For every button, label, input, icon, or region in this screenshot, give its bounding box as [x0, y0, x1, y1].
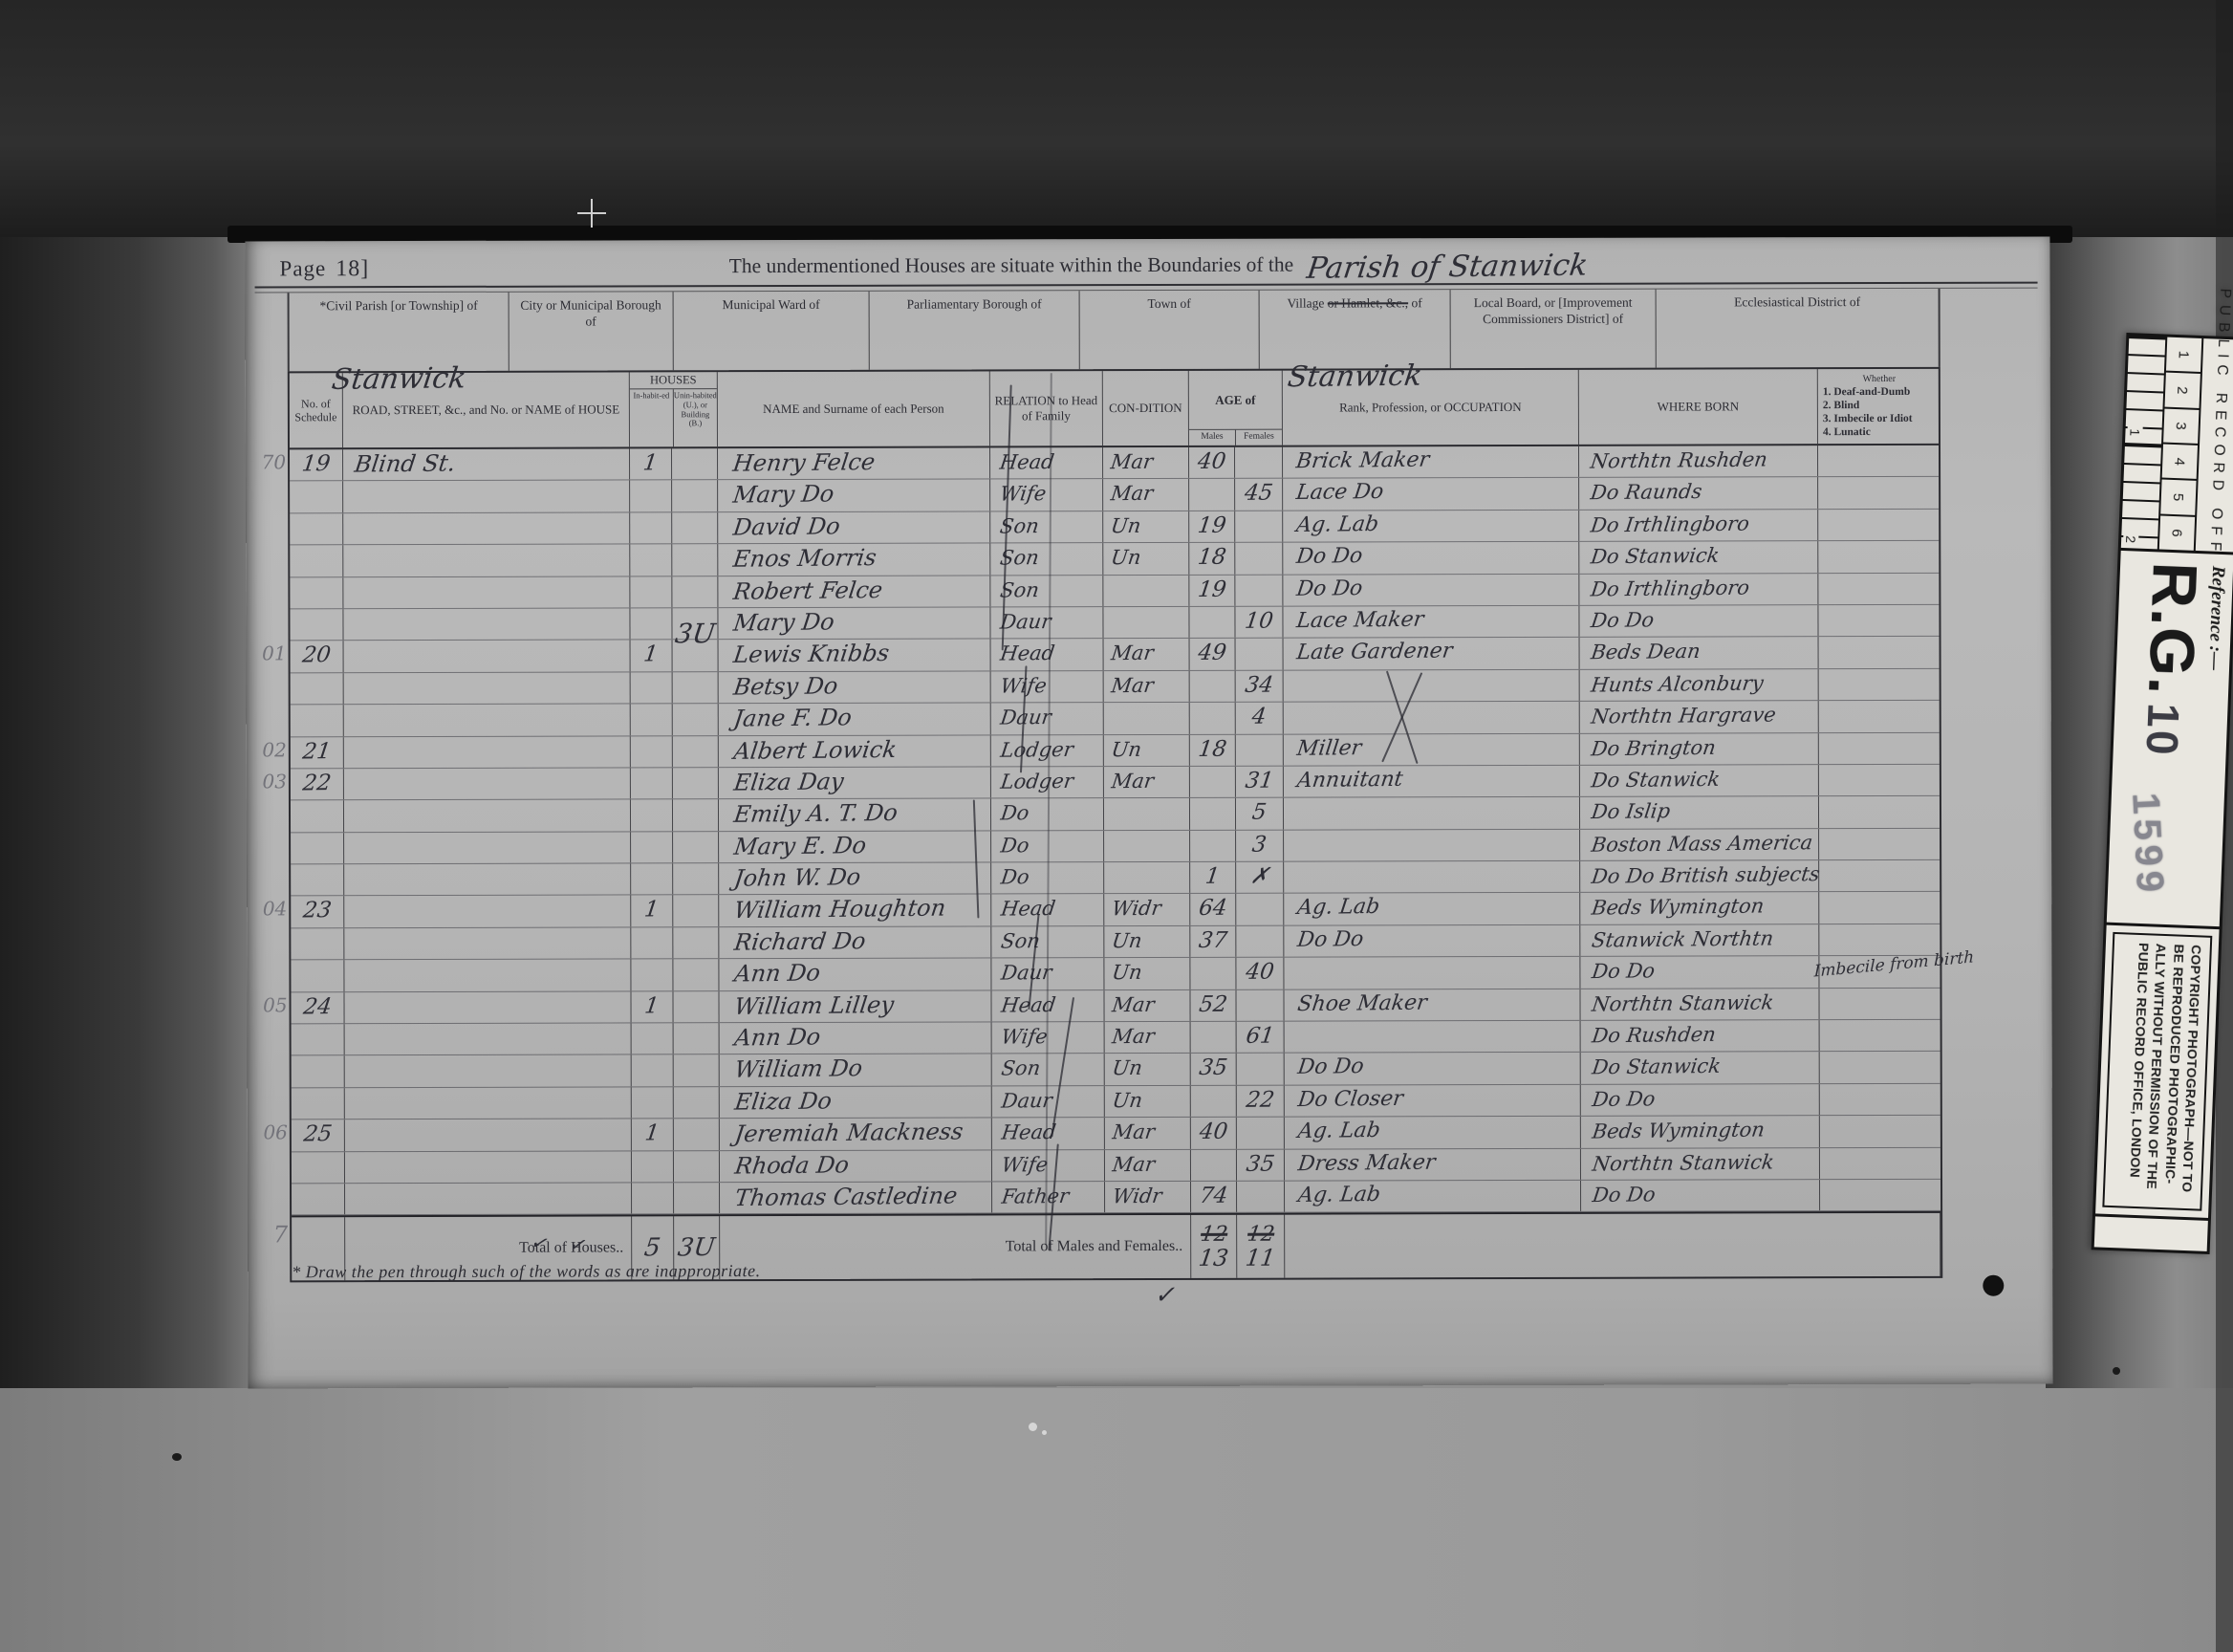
cell-condition: Mar	[1105, 1149, 1191, 1181]
registration-cross-mark	[577, 199, 606, 228]
cell-condition: Mar	[1104, 990, 1190, 1022]
cell-occupation: Do Do	[1285, 1053, 1581, 1084]
table-row: Betsy Do Wife Mar 34 Hunts Alconbury	[291, 669, 1940, 706]
cell-houses-uninhabited	[673, 799, 719, 831]
cell-age-male: 18	[1189, 543, 1235, 575]
table-row: John W. Do Do 1 ✗ Do Do British subjects	[291, 860, 1940, 897]
cell-houses-uninhabited	[673, 863, 719, 895]
copyright-notice-box: COPYRIGHT PHOTOGRAPH—NOT TO BE REPRODUCE…	[2102, 932, 2212, 1211]
cell-age-male	[1191, 1022, 1237, 1054]
cell-where-born: Northtn Rushden	[1579, 446, 1818, 477]
cell-age-male	[1190, 703, 1236, 734]
cell-age-female	[1237, 1182, 1285, 1213]
cell-houses-inhabited	[631, 768, 673, 799]
reference-piece-stamp: 1599	[2123, 792, 2171, 898]
form-footnote: * Draw the pen through such of the words…	[292, 1261, 760, 1282]
cell-houses-inhabited	[632, 1151, 674, 1183]
cell-age-male	[1190, 798, 1236, 830]
header-males: Males	[1189, 430, 1236, 446]
cell-where-born: Do Stanwick	[1580, 765, 1819, 796]
cell-condition	[1104, 862, 1190, 894]
pro-ruler-section: PUBLIC RECORD OFFICE 123456 1 2	[2118, 333, 2233, 555]
cell-houses-uninhabited	[672, 576, 718, 608]
cell-houses-uninhabited	[674, 1183, 720, 1214]
cell-relation: Son	[992, 1054, 1105, 1086]
geo-header-column: *Civil Parish [or Township] of Stanwick	[290, 293, 509, 372]
cell-road-street	[344, 991, 631, 1023]
cell-condition	[1104, 831, 1190, 862]
cell-person-name: Mary Do	[718, 607, 990, 639]
boundary-statement: The undermentioned Houses are situate wi…	[656, 250, 1659, 287]
table-header-row: No. ofSchedule ROAD, STREET, &c., and No…	[290, 369, 1939, 450]
totals-females: 12 11	[1237, 1215, 1285, 1278]
film-bottom-band	[0, 1388, 2233, 1652]
cell-occupation	[1284, 830, 1580, 861]
cell-where-born: Do Islip	[1580, 796, 1819, 828]
cell-age-male	[1190, 767, 1236, 798]
males-total-corrected: 13	[1198, 1247, 1230, 1271]
cell-where-born: Do Do	[1581, 1084, 1820, 1116]
cell-road-street	[344, 705, 631, 736]
cell-infirmity	[1819, 924, 1940, 956]
cell-infirmity	[1818, 605, 1939, 637]
cell-infirmity	[1820, 1180, 1940, 1211]
cell-where-born: Do Do	[1581, 1180, 1820, 1211]
cell-age-male: 64	[1190, 894, 1236, 925]
cell-where-born: Do Do British subjects	[1580, 860, 1819, 892]
cell-person-name: Richard Do	[719, 926, 991, 958]
cell-occupation: Do Closer	[1285, 1085, 1581, 1117]
cell-person-name: Thomas Castledine	[720, 1182, 992, 1213]
cell-condition: Un	[1104, 734, 1190, 766]
header-inhabited: In-habit-ed	[630, 389, 674, 446]
cell-age-male: 35	[1191, 1054, 1237, 1085]
cell-infirmity	[1819, 765, 1940, 796]
cell-schedule-no	[291, 833, 344, 864]
cell-condition: Mar	[1104, 767, 1190, 798]
header-houses-group: HOUSES In-habit-ed Unin-habited (U.), or…	[630, 372, 718, 446]
cell-road-street	[344, 960, 631, 991]
cell-houses-uninhabited	[673, 959, 719, 990]
film-top-band	[0, 0, 2233, 241]
cell-occupation: Late Gardener	[1284, 638, 1580, 669]
cell-relation: Head	[991, 639, 1104, 670]
cell-road-street	[344, 832, 631, 863]
cell-age-female: 31	[1236, 767, 1284, 798]
cell-where-born: Do Rushden	[1581, 1020, 1820, 1052]
cell-houses-inhabited	[632, 1055, 674, 1087]
hole-punch-mark	[1983, 1275, 2004, 1296]
cell-occupation	[1284, 797, 1580, 829]
cell-where-born: Do Irthlingboro	[1579, 510, 1818, 541]
cell-condition: Un	[1104, 958, 1190, 989]
cell-age-male: 37	[1190, 926, 1236, 958]
cell-road-street	[344, 927, 631, 959]
table-row: 05 24 1 William Lilley Head Mar 52 Shoe …	[291, 988, 1940, 1024]
cell-age-female: 10	[1235, 607, 1283, 639]
table-row: Mary Do Wife Mar 45 Lace Do Do Raunds	[290, 477, 1939, 513]
cell-age-male: 19	[1189, 511, 1235, 543]
cell-road-street	[344, 800, 631, 832]
cell-houses-uninhabited	[674, 1055, 720, 1087]
cell-schedule-no	[290, 545, 343, 576]
cell-occupation: Lace Maker	[1283, 606, 1579, 638]
cell-infirmity	[1819, 988, 1940, 1019]
geo-column-value: Stanwick	[1257, 359, 1452, 394]
cell-infirmity	[1819, 860, 1940, 892]
cell-relation: Wife	[991, 671, 1104, 703]
females-total-struck: 12	[1246, 1223, 1275, 1247]
table-row: Rhoda Do Wife Mar 35 Dress Maker Northtn…	[292, 1147, 1940, 1184]
cell-schedule-no	[291, 673, 344, 705]
cell-infirmity	[1820, 1020, 1940, 1052]
header-where-born: WHERE BORN	[1579, 369, 1818, 445]
cell-road-street	[345, 1023, 632, 1054]
cell-houses-inhabited	[630, 544, 672, 576]
females-total-corrected: 11	[1245, 1247, 1277, 1271]
cell-person-name: David Do	[718, 511, 990, 543]
table-row: Emily A. T. Do Do 5 Do Islip	[291, 796, 1940, 833]
cell-houses-uninhabited	[674, 1119, 720, 1150]
cell-age-female	[1236, 734, 1284, 766]
cell-infirmity	[1818, 510, 1939, 541]
totals-males-females-label: Total of Males and Females..	[720, 1215, 1191, 1279]
table-row: 01 20 1 Lewis Knibbs Head Mar 49 Late Ga…	[291, 637, 1940, 673]
cell-person-name: Jeremiah Mackness	[720, 1119, 992, 1150]
margin-annotation: 04	[250, 898, 287, 921]
cell-age-female: 35	[1237, 1149, 1285, 1181]
cell-occupation: Do Do	[1283, 542, 1579, 574]
cell-houses-uninhabited	[673, 896, 719, 927]
margin-annotation: 05	[250, 993, 287, 1016]
cell-houses-inhabited: 1	[631, 991, 673, 1023]
census-table: No. ofSchedule ROAD, STREET, &c., and No…	[288, 367, 1942, 1283]
cell-infirmity	[1818, 477, 1939, 509]
cell-where-born: Do Do	[1579, 605, 1818, 637]
cell-condition: Mar	[1103, 479, 1189, 511]
cell-houses-inhabited: 1	[631, 896, 673, 927]
cell-schedule-no	[290, 513, 343, 545]
cell-condition	[1103, 575, 1189, 606]
cell-age-male: 40	[1189, 447, 1235, 479]
cell-schedule-no: 23	[291, 897, 344, 928]
cell-road-street	[344, 641, 631, 672]
cell-road-street	[344, 863, 631, 895]
table-row: David Do Son Un 19 Ag. Lab Do Irthlingbo…	[290, 510, 1939, 546]
cell-houses-inhabited: 1	[631, 641, 673, 672]
cell-age-female: 45	[1235, 479, 1283, 511]
cell-where-born: Northtn Stanwick	[1580, 989, 1819, 1020]
cell-condition: Un	[1105, 1086, 1191, 1118]
cell-schedule-no	[291, 960, 344, 991]
table-row: Enos Morris Son Un 18 Do Do Do Stanwick	[290, 541, 1939, 577]
cell-houses-uninhabited	[674, 1087, 720, 1119]
cell-where-born: Do Stanwick	[1581, 1053, 1820, 1084]
cell-road-street	[343, 545, 630, 576]
cell-person-name: Jane F. Do	[719, 704, 991, 735]
cell-houses-inhabited	[631, 672, 673, 704]
cell-relation: Father	[992, 1182, 1105, 1213]
table-row: Thomas Castledine Father Widr 74 Ag. Lab…	[292, 1180, 1940, 1216]
cell-age-male	[1190, 670, 1236, 702]
header-infirmity: Whether 1. Deaf-and-Dumb 2. Blind 3. Imb…	[1818, 369, 1939, 444]
cell-infirmity	[1818, 573, 1939, 604]
cell-age-female	[1235, 511, 1283, 542]
table-row: 03 22 Eliza Day Lodger Mar 31 Annuitant …	[291, 765, 1940, 801]
cell-age-female: 61	[1237, 1022, 1285, 1054]
cell-infirmity	[1820, 1116, 1940, 1147]
cell-age-female: 40	[1236, 958, 1284, 989]
cell-schedule-no	[292, 1184, 345, 1215]
cell-where-born: Do Do	[1580, 956, 1819, 988]
cell-infirmity	[1818, 541, 1939, 573]
cell-relation: Wife	[992, 1022, 1105, 1054]
cell-infirmity	[1819, 637, 1940, 668]
cell-occupation: Do Do	[1284, 925, 1580, 957]
geo-column-label: Town of	[1080, 291, 1259, 313]
cell-road-street	[343, 608, 630, 640]
cell-occupation	[1284, 702, 1580, 733]
cell-condition: Mar	[1103, 447, 1189, 479]
cell-relation: Daur	[992, 1086, 1105, 1118]
cell-occupation: Brick Maker	[1283, 446, 1579, 478]
cell-person-name: Mary E. Do	[719, 831, 991, 862]
cell-person-name: Mary Do	[718, 480, 990, 511]
cell-person-name: Emily A. T. Do	[719, 799, 991, 831]
cell-person-name: Betsy Do	[719, 671, 991, 703]
cell-schedule-no	[291, 801, 344, 833]
cell-schedule-no	[290, 482, 343, 513]
table-row: Mary E. Do Do 3 Boston Mass America	[291, 829, 1940, 865]
cell-road-street	[343, 481, 630, 512]
cell-age-female	[1237, 1054, 1285, 1085]
cell-houses-inhabited	[631, 704, 673, 735]
cell-road-street	[345, 1119, 632, 1151]
geo-column-label: Village or Hamlet, &c., of	[1260, 290, 1450, 312]
check-mark: ✓	[568, 1232, 587, 1257]
cell-occupation	[1285, 1021, 1581, 1053]
cell-road-street	[345, 1055, 632, 1087]
cell-condition	[1103, 607, 1189, 639]
cell-schedule-no: 21	[291, 737, 344, 769]
cell-condition	[1104, 703, 1190, 734]
cell-age-female: 22	[1237, 1085, 1285, 1117]
cell-houses-uninhabited	[674, 1151, 720, 1183]
cell-occupation: Annuitant	[1284, 766, 1580, 797]
table-row: 02 21 Albert Lowick Lodger Un 18 Miller …	[291, 732, 1940, 769]
cell-road-street	[344, 736, 631, 768]
cell-occupation: Shoe Maker	[1284, 989, 1580, 1020]
census-page-sheet: Page18] The undermentioned Houses are si…	[245, 237, 2052, 1389]
margin-annotation: 06	[251, 1121, 288, 1144]
cell-houses-inhabited	[631, 960, 673, 991]
cell-occupation	[1284, 861, 1580, 893]
cell-relation: Head	[992, 1118, 1105, 1149]
header-uninhabited: Unin-habited (U.), or Building (B.)	[674, 389, 717, 446]
cell-age-female	[1235, 575, 1283, 606]
geo-header-column: Municipal Ward of	[674, 292, 870, 371]
cell-where-born: Beds Wymington	[1580, 893, 1819, 924]
cell-age-male: 1	[1190, 862, 1236, 894]
table-row: 3U Mary Do Daur 10 Lace Maker Do Do	[290, 605, 1939, 641]
cell-schedule-no	[290, 609, 343, 641]
cell-person-name: Henry Felce	[718, 447, 990, 479]
cell-houses-inhabited	[630, 481, 672, 512]
cell-occupation: Ag. Lab	[1285, 1117, 1581, 1148]
cell-occupation: Do Do	[1283, 574, 1579, 605]
cell-age-male	[1190, 958, 1236, 989]
cell-age-male: 74	[1191, 1182, 1237, 1213]
cell-person-name: William Houghton	[719, 895, 991, 926]
cell-houses-uninhabited	[673, 927, 719, 959]
cell-relation: Son	[990, 543, 1103, 575]
cell-occupation: Dress Maker	[1285, 1148, 1581, 1180]
cell-age-male	[1190, 830, 1236, 861]
cell-houses-uninhabited	[672, 481, 718, 512]
cell-road-street	[343, 512, 630, 544]
cell-infirmity	[1818, 446, 1939, 477]
pro-reference-section: Reference :— R.G.10 1599	[2104, 551, 2233, 929]
cell-person-name: Eliza Day	[719, 767, 991, 798]
geo-column-label: Local Board, or [Improvement Commissione…	[1451, 290, 1656, 328]
cell-age-female	[1236, 989, 1284, 1021]
cell-road-street	[344, 896, 631, 927]
cell-schedule-no	[292, 1088, 345, 1119]
cell-houses-inhabited	[631, 863, 673, 895]
header-relation: RELATION to Head of Family	[990, 371, 1103, 446]
cell-houses-inhabited	[630, 608, 672, 640]
cell-age-female	[1236, 894, 1284, 925]
cell-infirmity	[1819, 732, 1940, 764]
cell-houses-uninhabited	[674, 1023, 720, 1054]
cell-road-street	[345, 1183, 632, 1214]
cell-houses-inhabited	[630, 512, 672, 544]
table-row: 70 19 Blind St. 1 Henry Felce Head Mar 4…	[290, 446, 1939, 482]
cell-infirmity	[1820, 1052, 1940, 1083]
cell-occupation: Ag. Lab	[1283, 511, 1579, 542]
cell-person-name: Enos Morris	[718, 544, 990, 576]
cell-occupation: Miller	[1284, 733, 1580, 765]
geo-column-label: City or Municipal Borough of	[509, 292, 673, 330]
cell-where-born: Beds Dean	[1580, 638, 1819, 669]
cell-infirmity	[1819, 892, 1940, 924]
cell-age-female: 4	[1236, 703, 1284, 734]
cell-schedule-no	[292, 1056, 345, 1088]
cell-condition: Mar	[1104, 671, 1190, 703]
cell-person-name: John W. Do	[719, 863, 991, 895]
cell-infirmity	[1819, 701, 1940, 732]
cell-schedule-no	[290, 577, 343, 609]
cell-condition	[1104, 798, 1190, 830]
cell-where-born: Do Stanwick	[1579, 541, 1818, 573]
cell-where-born: Boston Mass America	[1580, 829, 1819, 860]
cell-infirmity	[1820, 1147, 1940, 1179]
cell-condition: Un	[1103, 511, 1189, 543]
cell-road-street	[344, 672, 631, 704]
cell-schedule-no: 22	[291, 769, 344, 800]
cell-houses-uninhabited	[672, 512, 718, 544]
cell-age-female	[1235, 447, 1283, 479]
cell-relation: Son	[990, 576, 1103, 607]
cell-condition: Mar	[1104, 639, 1190, 670]
cell-relation: Wife	[992, 1150, 1105, 1182]
cell-road-street: Blind St.	[343, 448, 630, 480]
cell-condition: Widr	[1105, 1182, 1191, 1213]
header-condition: CON-DITION	[1103, 371, 1189, 446]
geo-header-column: Town of	[1080, 291, 1260, 369]
header-females: Females	[1236, 430, 1282, 446]
cell-occupation: Ag. Lab	[1285, 1181, 1581, 1212]
cell-age-male	[1189, 607, 1235, 639]
cell-houses-uninhabited	[673, 832, 719, 863]
reference-series: R.G.10	[2132, 561, 2212, 760]
geo-column-label: Ecclesiastical District of	[1657, 289, 1939, 312]
cell-age-female: 3	[1236, 830, 1284, 861]
cell-houses-inhabited	[630, 576, 672, 608]
cell-condition: Un	[1104, 926, 1190, 958]
cell-person-name: Albert Lowick	[719, 735, 991, 767]
cell-houses-uninhabited	[673, 704, 719, 735]
geo-column-label: Parliamentary Borough of	[870, 291, 1079, 313]
cell-age-female	[1236, 925, 1284, 957]
cell-houses-inhabited	[632, 1183, 674, 1214]
table-row: 04 23 1 William Houghton Head Widr 64 Ag…	[291, 892, 1940, 928]
cell-person-name: Eliza Do	[720, 1086, 992, 1118]
cell-where-born: Do Brington	[1580, 733, 1819, 765]
margin-annotation: 70	[249, 450, 286, 473]
cell-person-name: Ann Do	[719, 959, 991, 990]
table-row: Ann Do Daur Un 40 Do Do Imbecile from bi…	[291, 956, 1940, 992]
cell-where-born: Northtn Hargrave	[1580, 701, 1819, 732]
cell-occupation	[1284, 670, 1580, 702]
cell-schedule-no: 25	[292, 1119, 345, 1151]
males-total-struck: 12	[1199, 1223, 1228, 1247]
pro-copyright-section: COPYRIGHT PHOTOGRAPH—NOT TO BE REPRODUCE…	[2092, 925, 2222, 1222]
cell-person-name: Robert Felce	[718, 576, 990, 607]
cell-age-male	[1191, 1149, 1237, 1181]
margin-annotation: 01	[250, 642, 287, 665]
table-row: Robert Felce Son 19 Do Do Do Irthlingbor…	[290, 573, 1939, 609]
cell-houses-inhabited: 1	[630, 448, 672, 480]
cell-person-name: Rhoda Do	[720, 1150, 992, 1182]
totals-males: 12 13	[1191, 1215, 1237, 1278]
table-row: 06 25 1 Jeremiah Mackness Head Mar 40 Ag…	[292, 1116, 1940, 1152]
cell-age-male	[1189, 479, 1235, 511]
cell-occupation: Ag. Lab	[1284, 893, 1580, 924]
cell-houses-inhabited	[631, 736, 673, 768]
pro-label-tail	[2092, 1216, 2211, 1254]
cell-houses-uninhabited	[673, 736, 719, 768]
cell-condition: Mar	[1105, 1022, 1191, 1054]
cell-condition: Un	[1105, 1054, 1191, 1085]
cell-houses-uninhabited	[673, 768, 719, 799]
table-row: Jane F. Do Daur 4 Northtn Hargrave	[291, 701, 1940, 737]
cell-person-name: Ann Do	[720, 1022, 992, 1054]
geo-header-column: Local Board, or [Improvement Commissione…	[1451, 290, 1657, 369]
margin-annotation: 7	[251, 1222, 288, 1249]
cell-infirmity	[1819, 829, 1940, 860]
cell-age-male	[1191, 1086, 1237, 1118]
cell-age-female	[1237, 1118, 1285, 1149]
cell-schedule-no	[291, 928, 344, 960]
geo-column-label: *Civil Parish [or Township] of	[290, 293, 509, 315]
cell-schedule-no: 19	[290, 449, 343, 481]
cell-where-born: Stanwick Northtn	[1580, 924, 1819, 956]
cell-where-born: Hunts Alconbury	[1580, 669, 1819, 701]
cell-houses-inhabited	[631, 927, 673, 959]
cell-houses-inhabited	[632, 1087, 674, 1119]
margin-annotation: 03	[250, 770, 287, 793]
